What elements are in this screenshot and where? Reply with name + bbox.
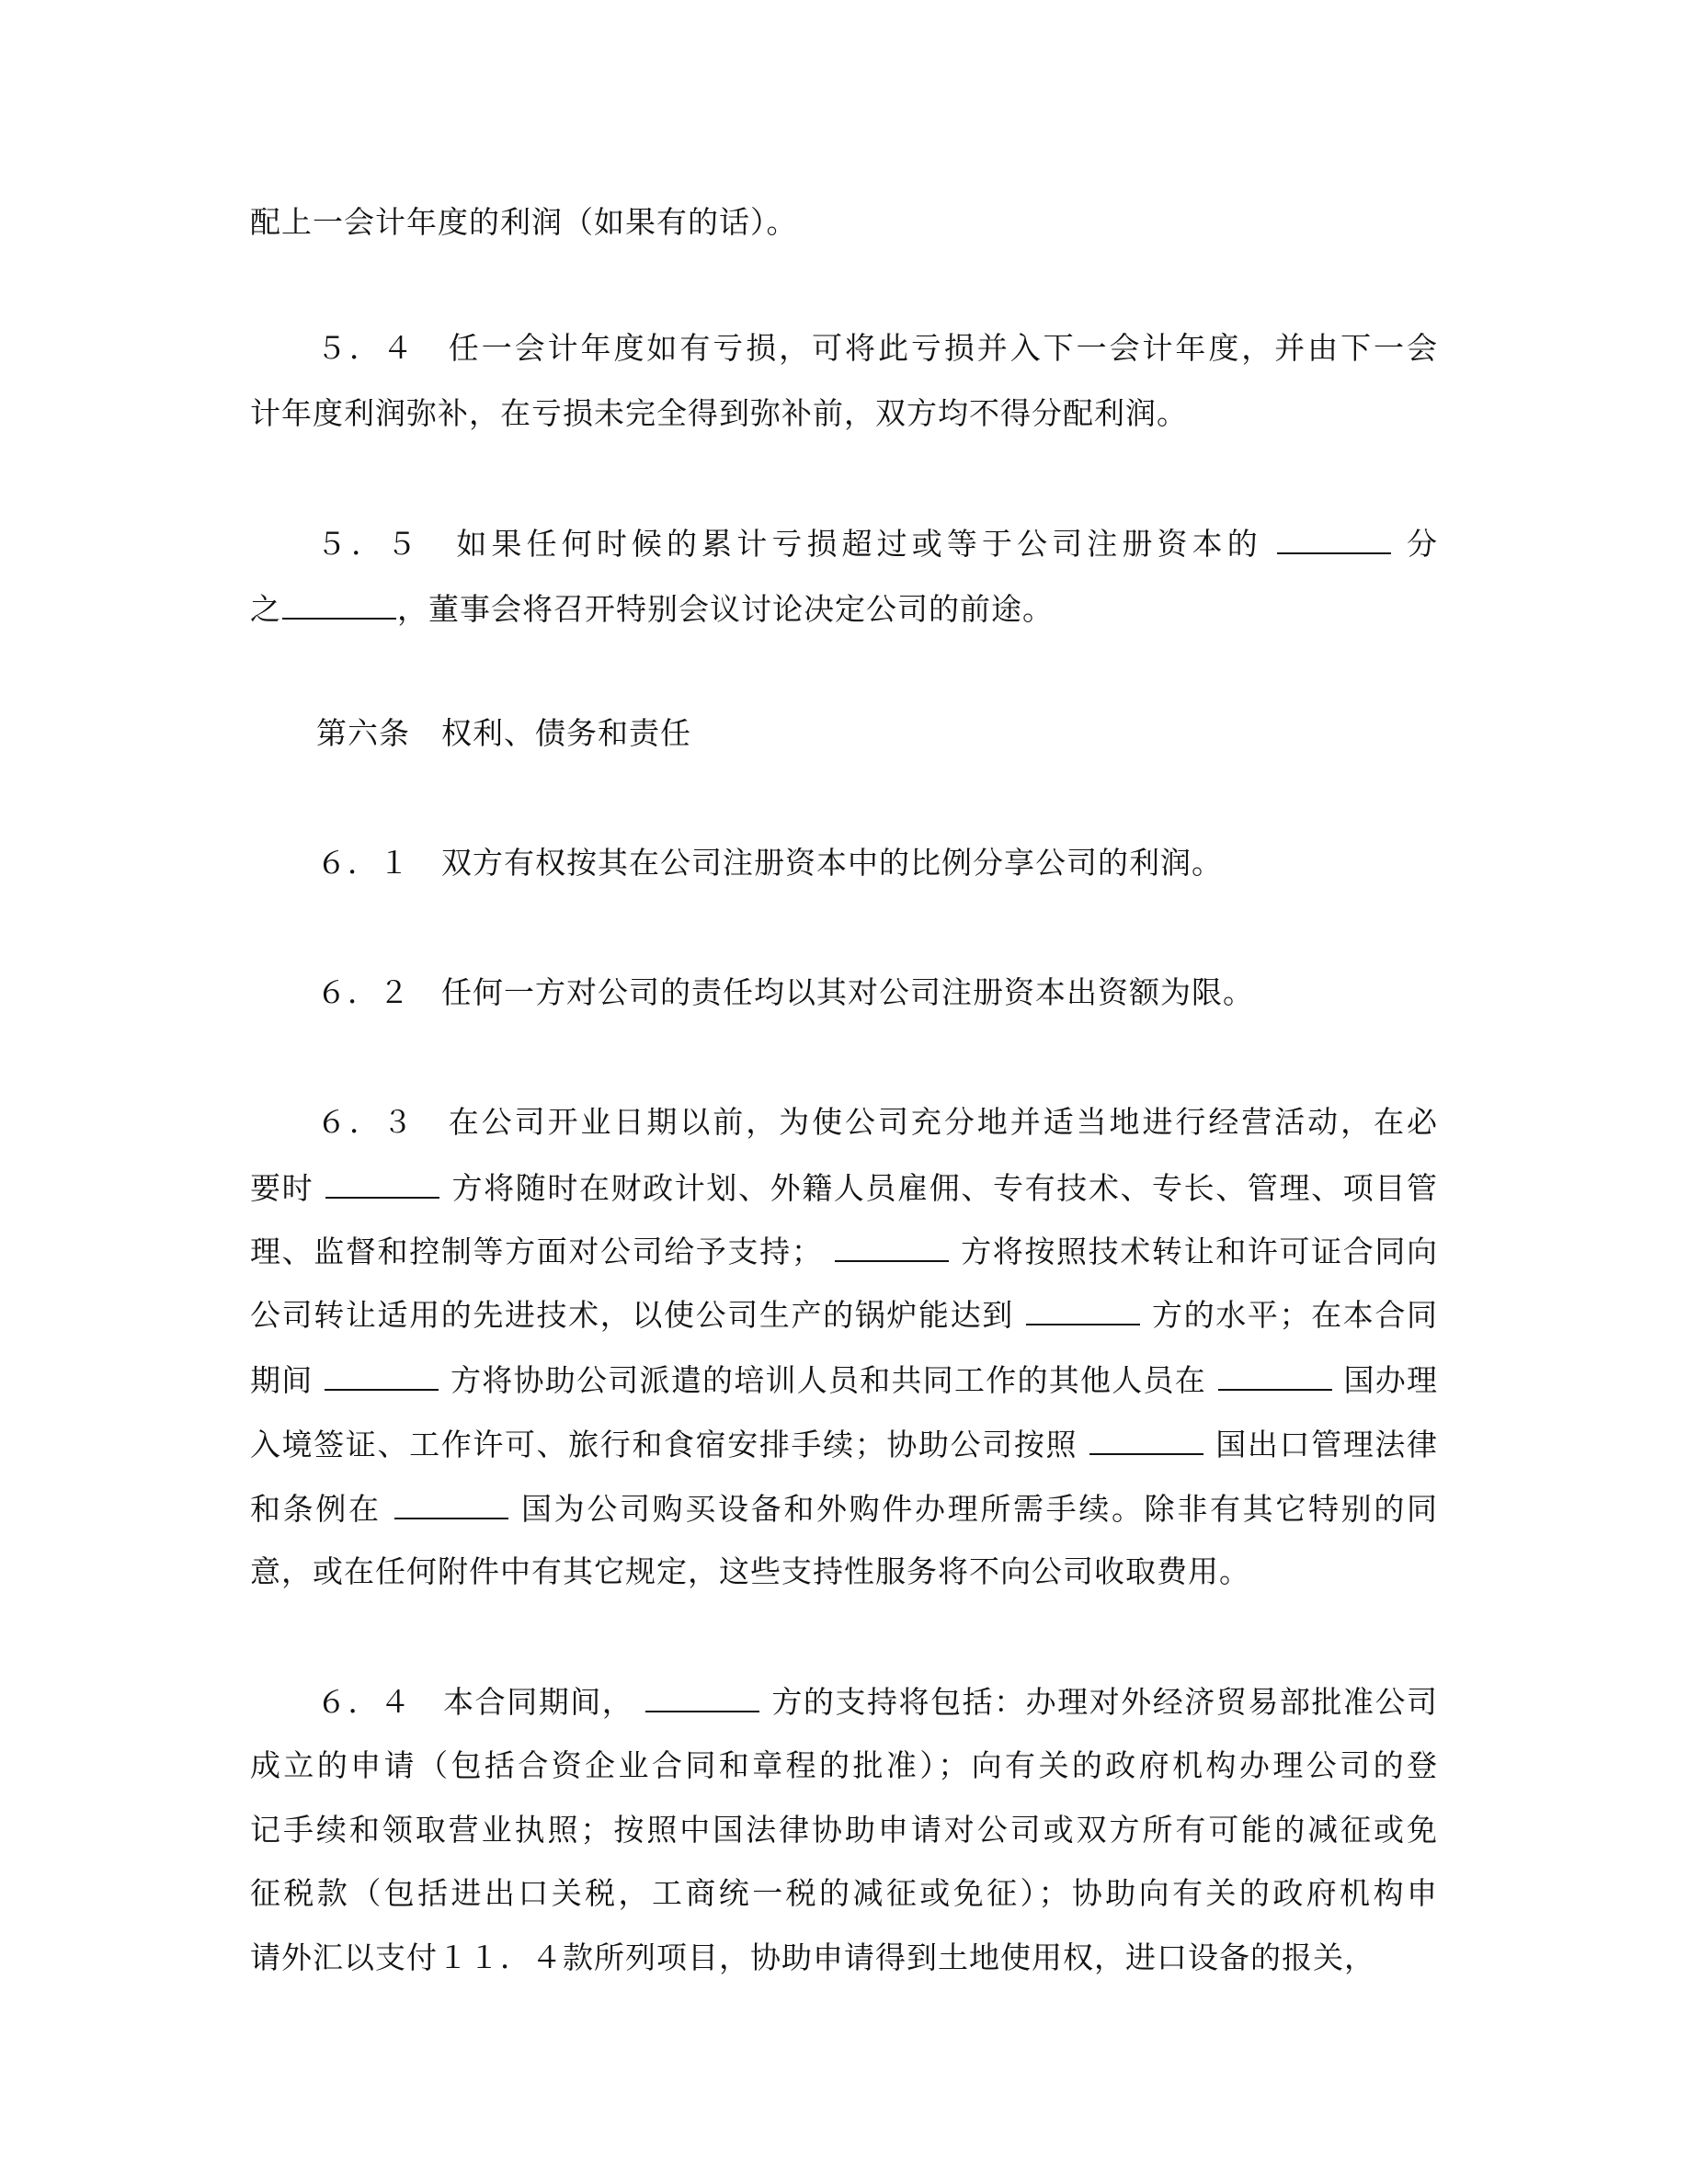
line-text: ６．１ 双方有权按其在公司注册资本中的比例分享公司的利润。 xyxy=(316,845,1223,881)
fill-in-blank xyxy=(325,1169,439,1199)
paragraph-line: 公司转让适用的先进技术，以使公司生产的锅炉能达到 方的水平；在本合同 xyxy=(250,1296,1438,1333)
line-text: 成立的申请（包括合资企业合同和章程的批准）；向有关的政府机构办理公司的登 xyxy=(250,1747,1438,1783)
line-text: 方的支持将包括：办理对外经济贸易部批准公司 xyxy=(771,1684,1438,1720)
paragraph-line: ６．１ 双方有权按其在公司注册资本中的比例分享公司的利润。 xyxy=(250,845,1438,882)
line-text: 国为公司购买设备和外购件办理所需手续。除非有其它特别的同 xyxy=(521,1491,1438,1527)
line-text: 方的水平；在本合同 xyxy=(1152,1297,1438,1333)
paragraph-line: 之，董事会将召开特别会议讨论决定公司的前途。 xyxy=(250,590,1438,627)
paragraph-line: ５．４ 任一会计年度如有亏损，可将此亏损并入下一会计年度，并由下一会 xyxy=(250,330,1438,367)
line-text: 要时 xyxy=(250,1170,314,1206)
line-text: ６．３ 在公司开业日期以前，为使公司充分地并适当地进行经营活动，在必 xyxy=(316,1104,1438,1140)
paragraph-line: ６．４ 本合同期间， 方的支持将包括：办理对外经济贸易部批准公司 xyxy=(250,1683,1438,1720)
fill-in-blank xyxy=(282,590,396,620)
paragraph-line: 请外汇以支付１１．４款所列项目，协助申请得到土地使用权，进口设备的报关， xyxy=(250,1939,1438,1976)
paragraph-line: 配上一会计年度的利润（如果有的话）。 xyxy=(250,204,1438,241)
fill-in-blank xyxy=(1026,1296,1140,1325)
fill-in-blank xyxy=(394,1490,508,1519)
fill-in-blank xyxy=(835,1233,949,1262)
paragraph-line: 征税款（包括进出口关税，工商统一税的减征或免征）；协助向有关的政府机构申 xyxy=(250,1875,1438,1912)
line-text: ６．２ 任何一方对公司的责任均以其对公司注册资本出资额为限。 xyxy=(316,974,1254,1010)
line-text: 方将随时在财政计划、外籍人员雇佣、专有技术、专长、管理、项目管 xyxy=(451,1170,1438,1206)
paragraph-line: ６．３ 在公司开业日期以前，为使公司充分地并适当地进行经营活动，在必 xyxy=(250,1104,1438,1141)
line-text: ６．４ 本合同期间， xyxy=(316,1684,633,1720)
line-text: 之 xyxy=(250,591,281,627)
fill-in-blank xyxy=(1218,1361,1332,1391)
line-text: 和条例在 xyxy=(250,1491,382,1527)
line-text: 分 xyxy=(1407,526,1438,562)
line-text: 国办理 xyxy=(1344,1362,1439,1398)
line-text: 第六条 权利、债务和责任 xyxy=(316,715,691,751)
line-text: ，董事会将召开特别会议讨论决定公司的前途。 xyxy=(397,591,1054,627)
paragraph-line: 入境签证、工作许可、旅行和食宿安排手续；协助公司按照 国出口管理法律 xyxy=(250,1426,1438,1462)
article-heading: 第六条 权利、债务和责任 xyxy=(250,715,1438,752)
paragraph-line: ６．２ 任何一方对公司的责任均以其对公司注册资本出资额为限。 xyxy=(250,974,1438,1011)
paragraph-line: 意，或在任何附件中有其它规定，这些支持性服务将不向公司收取费用。 xyxy=(250,1553,1438,1590)
line-text: 入境签证、工作许可、旅行和食宿安排手续；协助公司按照 xyxy=(250,1427,1078,1462)
line-text: ５．４ 任一会计年度如有亏损，可将此亏损并入下一会计年度，并由下一会 xyxy=(316,330,1438,366)
paragraph-line: 成立的申请（包括合资企业合同和章程的批准）；向有关的政府机构办理公司的登 xyxy=(250,1747,1438,1784)
paragraph-line: 期间 方将协助公司派遣的培训人员和共同工作的其他人员在 国办理 xyxy=(250,1361,1438,1398)
line-text: ５．５ 如果任何时候的累计亏损超过或等于公司注册资本的 xyxy=(316,526,1262,562)
fill-in-blank xyxy=(1089,1426,1203,1455)
paragraph-line: 要时 方将随时在财政计划、外籍人员雇佣、专有技术、专长、管理、项目管 xyxy=(250,1169,1438,1206)
line-text: 记手续和领取营业执照；按照中国法律协助申请对公司或双方所有可能的减征或免 xyxy=(250,1812,1438,1848)
line-text: 理、监督和控制等方面对公司给予支持； xyxy=(250,1234,823,1269)
line-text: 国出口管理法律 xyxy=(1215,1427,1438,1462)
line-text: 期间 xyxy=(250,1362,314,1398)
paragraph-line: 记手续和领取营业执照；按照中国法律协助申请对公司或双方所有可能的减征或免 xyxy=(250,1812,1438,1848)
line-text: 请外汇以支付１１．４款所列项目，协助申请得到土地使用权，进口设备的报关， xyxy=(250,1939,1375,1975)
line-text: 计年度利润弥补，在亏损未完全得到弥补前，双方均不得分配利润。 xyxy=(250,395,1188,431)
fill-in-blank xyxy=(325,1361,439,1391)
paragraph-line: 理、监督和控制等方面对公司给予支持； 方将按照技术转让和许可证合同向 xyxy=(250,1233,1438,1269)
line-text: 方将协助公司派遣的培训人员和共同工作的其他人员在 xyxy=(451,1362,1206,1398)
line-text: 征税款（包括进出口关税，工商统一税的减征或免征）；协助向有关的政府机构申 xyxy=(250,1875,1438,1911)
line-text: 配上一会计年度的利润（如果有的话）。 xyxy=(250,204,798,240)
paragraph-line: 计年度利润弥补，在亏损未完全得到弥补前，双方均不得分配利润。 xyxy=(250,395,1438,432)
paragraph-line: 和条例在 国为公司购买设备和外购件办理所需手续。除非有其它特别的同 xyxy=(250,1490,1438,1527)
document-page: 配上一会计年度的利润（如果有的话）。５．４ 任一会计年度如有亏损，可将此亏损并入… xyxy=(0,0,1688,2184)
line-text: 意，或在任何附件中有其它规定，这些支持性服务将不向公司收取费用。 xyxy=(250,1553,1250,1589)
line-text: 公司转让适用的先进技术，以使公司生产的锅炉能达到 xyxy=(250,1297,1014,1333)
paragraph-line: ５．５ 如果任何时候的累计亏损超过或等于公司注册资本的 分 xyxy=(250,525,1438,562)
line-text: 方将按照技术转让和许可证合同向 xyxy=(961,1234,1438,1269)
fill-in-blank xyxy=(645,1683,759,1712)
fill-in-blank xyxy=(1277,525,1391,554)
